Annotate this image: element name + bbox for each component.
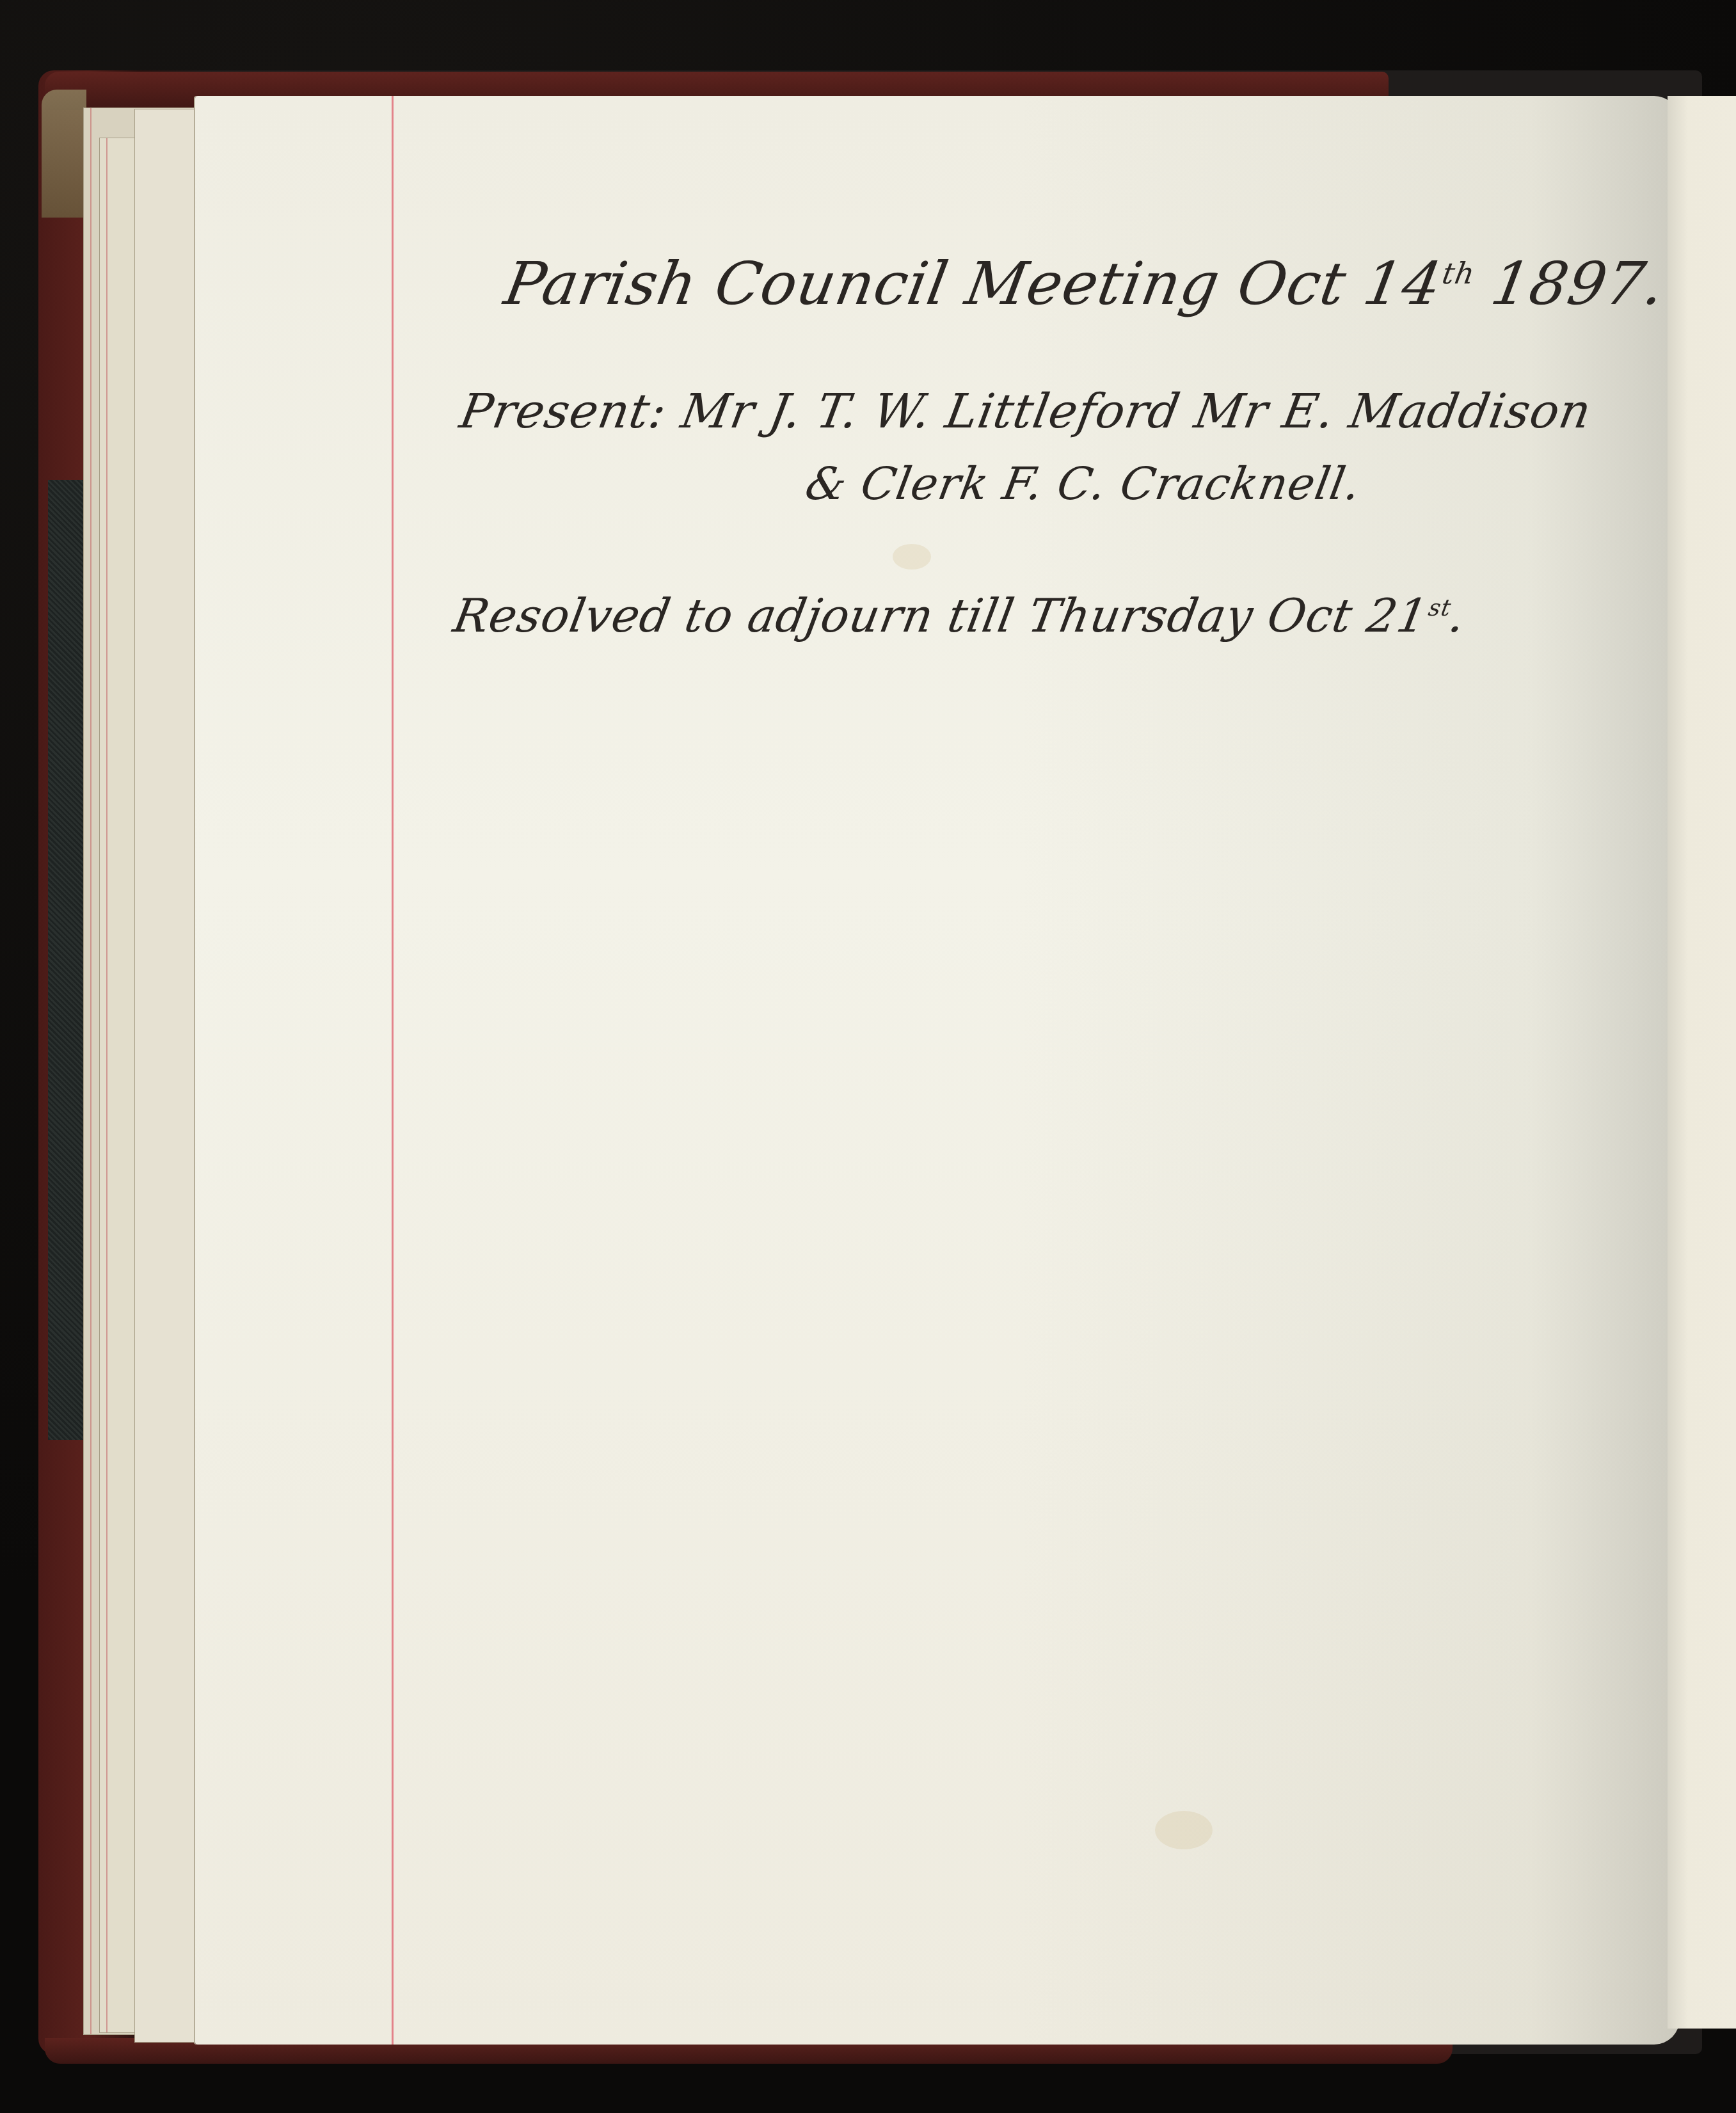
attendees-line-2: & Clerk F. C. Cracknell. [802, 458, 1365, 510]
paper-stain [1155, 1811, 1213, 1849]
stack-margin-line [106, 138, 108, 2032]
stack-margin-line [90, 108, 92, 2034]
attendees-line-1: Present: Mr J. T. W. Littleford Mr E. Ma… [456, 384, 1595, 439]
ruled-lines [1668, 96, 1736, 2029]
worn-cover-corner [42, 90, 86, 218]
meeting-title: Parish Council Meeting Oct 14th 1897. [500, 250, 1670, 318]
paper-stain [893, 544, 931, 570]
resolution-text: Resolved to adjourn till Thursday Oct 21… [450, 589, 1470, 642]
facing-page-edge [1668, 96, 1736, 2029]
red-margin-rule [392, 96, 394, 2045]
